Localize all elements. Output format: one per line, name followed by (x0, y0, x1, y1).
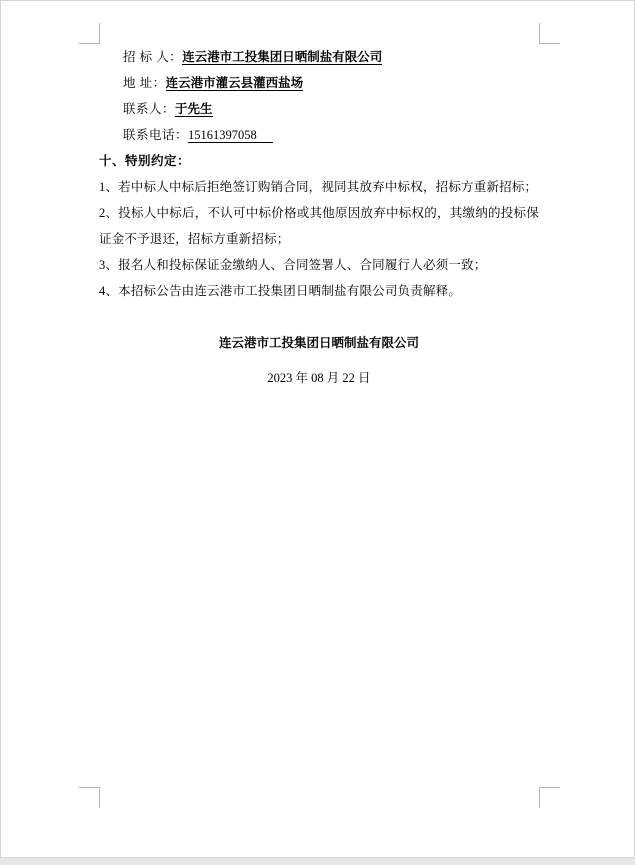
crop-mark-bottom-right (539, 787, 560, 808)
signature-company: 连云港市工投集团日晒制盐有限公司 (99, 330, 539, 356)
crop-mark-top-right (539, 23, 560, 44)
crop-mark-top-left (79, 23, 100, 44)
contact-row-phone: 联系电话：15161397058 (123, 122, 539, 148)
tenderer-value: 连云港市工投集团日晒制盐有限公司 (182, 50, 382, 65)
contact-row-contact-person: 联系人：于先生 (123, 96, 539, 122)
contact-row-tenderer: 招 标 人：连云港市工投集团日晒制盐有限公司 (123, 44, 539, 70)
contact-block: 招 标 人：连云港市工投集团日晒制盐有限公司 地 址：连云港市灌云县灌西盐场 联… (123, 44, 539, 148)
phone-label: 联系电话： (123, 128, 188, 142)
contact-person-label: 联系人： (123, 102, 175, 116)
address-value: 连云港市灌云县灌西盐场 (166, 76, 304, 91)
address-label: 地 址： (123, 76, 166, 90)
document-content: 招 标 人：连云港市工投集团日晒制盐有限公司 地 址：连云港市灌云县灌西盐场 联… (99, 44, 539, 391)
contact-person-value: 于先生 (175, 102, 213, 117)
crop-mark-bottom-left (79, 787, 100, 808)
clause-item-4: 4、本招标公告由连云港市工投集团日晒制盐有限公司负责解释。 (99, 278, 539, 304)
signature-date: 2023 年 08 月 22 日 (99, 365, 539, 391)
clause-item-3: 3、报名人和投标保证金缴纳人、合同签署人、合同履行人必须一致； (99, 252, 539, 278)
phone-value: 15161397058 (188, 128, 273, 143)
section-title-special-provisions: 十、特别约定： (99, 148, 539, 174)
contact-row-address: 地 址：连云港市灌云县灌西盐场 (123, 70, 539, 96)
clause-item-1: 1、若中标人中标后拒绝签订购销合同，视同其放弃中标权，招标方重新招标； (99, 174, 539, 200)
document-page: 招 标 人：连云港市工投集团日晒制盐有限公司 地 址：连云港市灌云县灌西盐场 联… (0, 0, 635, 858)
tenderer-label: 招 标 人： (123, 50, 182, 64)
clause-item-2: 2、投标人中标后，不认可中标价格或其他原因放弃中标权的，其缴纳的投标保证金不予退… (99, 200, 539, 252)
document-viewport: 招 标 人：连云港市工投集团日晒制盐有限公司 地 址：连云港市灌云县灌西盐场 联… (0, 0, 635, 865)
